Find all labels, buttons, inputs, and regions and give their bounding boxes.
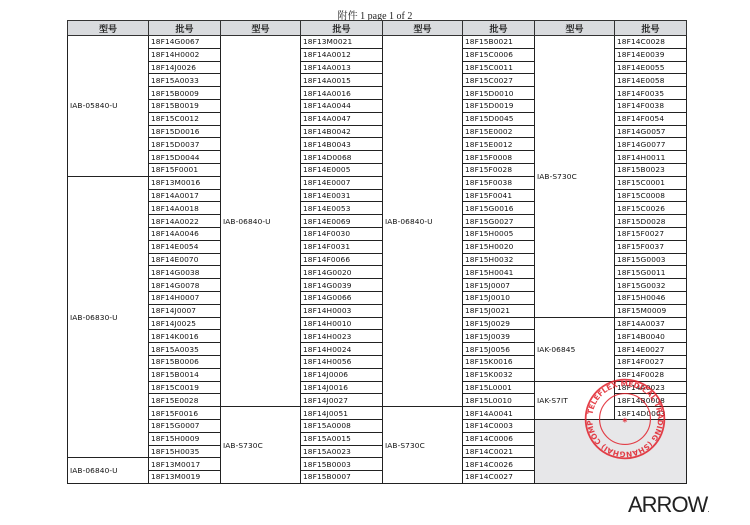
lot-cell: 18F14H0003 — [301, 304, 383, 317]
lot-cell: 18F15H0046 — [615, 291, 687, 304]
lot-cell: 18F14A0015 — [301, 74, 383, 87]
lot-cell: 18F14A0017 — [149, 189, 221, 202]
lot-cell: 18F14F0031 — [301, 240, 383, 253]
lot-cell: 18F14E0054 — [149, 240, 221, 253]
lot-cell: 18F15H0035 — [149, 445, 221, 458]
lot-cell: 18F15L0010 — [463, 394, 535, 407]
lot-cell: 18F15E0028 — [149, 394, 221, 407]
header-lot: 批号 — [615, 21, 687, 36]
lot-cell: 18F15J0007 — [463, 279, 535, 292]
table-body: IAB-05840-U18F14G0067IAB-06840-U18F13M00… — [68, 36, 687, 484]
lot-cell: 18F15M0009 — [615, 304, 687, 317]
lot-cell: 18F15D0044 — [149, 151, 221, 164]
lot-cell: 18F14G0078 — [149, 279, 221, 292]
lot-cell: 18F14J0006 — [301, 368, 383, 381]
lot-cell: 18F14E0069 — [301, 215, 383, 228]
lot-cell: 18F15B0019 — [149, 99, 221, 112]
lot-cell: 18F15G0003 — [615, 253, 687, 266]
lot-cell: 18F15C0027 — [463, 74, 535, 87]
blank-cell — [535, 419, 687, 483]
lot-cell: 18F14F0035 — [615, 87, 687, 100]
lot-cell: 18F15F0041 — [463, 189, 535, 202]
lot-cell: 18F14H0056 — [301, 355, 383, 368]
lot-cell: 18F15C0012 — [149, 112, 221, 125]
lot-cell: 18F15C0001 — [615, 176, 687, 189]
arrow-logo: ARROW. — [628, 492, 709, 518]
lot-cell: 18F14F0054 — [615, 112, 687, 125]
lot-cell: 18F13M0019 — [149, 471, 221, 484]
lot-cell: 18F15C0019 — [149, 381, 221, 394]
lot-cell: 18F14F0030 — [301, 227, 383, 240]
lot-cell: 18F13M0021 — [301, 36, 383, 49]
lot-cell: 18F15L0001 — [463, 381, 535, 394]
lot-cell: 18F15H0032 — [463, 253, 535, 266]
lot-cell: 18F15K0032 — [463, 368, 535, 381]
model-cell: IAB-06830-U — [68, 176, 149, 458]
lot-cell: 18F15D0010 — [463, 87, 535, 100]
lot-cell: 18F14E0055 — [615, 61, 687, 74]
lot-cell: 18F14A0044 — [301, 99, 383, 112]
model-cell: IAB-06840-U — [221, 36, 301, 407]
lot-cell: 18F15F0008 — [463, 151, 535, 164]
header-row: 型号 批号 型号 批号 型号 批号 型号 批号 — [68, 21, 687, 36]
lot-cell: 18F14A0047 — [301, 112, 383, 125]
lot-cell: 18F15D0045 — [463, 112, 535, 125]
lot-table: 型号 批号 型号 批号 型号 批号 型号 批号 IAB-05840-U18F14… — [67, 20, 687, 484]
lot-cell: 18F14E0058 — [615, 74, 687, 87]
lot-cell: 18F14H0010 — [301, 317, 383, 330]
header-model: 型号 — [221, 21, 301, 36]
header-model: 型号 — [383, 21, 463, 36]
lot-cell: 18F14K0016 — [149, 330, 221, 343]
lot-cell: 18F15H0009 — [149, 432, 221, 445]
lot-cell: 18F15J0021 — [463, 304, 535, 317]
lot-cell: 18F14H0007 — [149, 291, 221, 304]
lot-cell: 18F14G0039 — [301, 279, 383, 292]
table-row: 18F15G000718F15A000818F14C0003 — [68, 419, 687, 432]
lot-cell: 18F14A0012 — [301, 48, 383, 61]
lot-cell: 18F15F0001 — [149, 163, 221, 176]
header-model: 型号 — [68, 21, 149, 36]
lot-cell: 18F14G0067 — [149, 36, 221, 49]
lot-cell: 18F15C0008 — [615, 189, 687, 202]
lot-cell: 18F15G0011 — [615, 266, 687, 279]
lot-cell: 18F14G0020 — [301, 266, 383, 279]
lot-cell: 18F14A0018 — [149, 202, 221, 215]
lot-cell: 18F15G0007 — [149, 419, 221, 432]
lot-cell: 18F15F0028 — [463, 163, 535, 176]
header-lot: 批号 — [301, 21, 383, 36]
lot-cell: 18F15H0020 — [463, 240, 535, 253]
lot-cell: 18F14A0037 — [615, 317, 687, 330]
lot-cell: 18F15G0016 — [463, 202, 535, 215]
header-model: 型号 — [535, 21, 615, 36]
lot-cell: 18F15D0028 — [615, 215, 687, 228]
lot-cell: 18F14G0077 — [615, 138, 687, 151]
table-row: 18F15C001918F14J001618F15L0001IAK-S7IT18… — [68, 381, 687, 394]
model-cell: IAB-S730C — [535, 36, 615, 318]
lot-cell: 18F15E0012 — [463, 138, 535, 151]
lot-cell: 18F15G0027 — [463, 215, 535, 228]
header-lot: 批号 — [463, 21, 535, 36]
lot-cell: 18F15K0016 — [463, 355, 535, 368]
lot-cell: 18F13M0016 — [149, 176, 221, 189]
lot-cell: 18F15H0041 — [463, 266, 535, 279]
lot-cell: 18F15F0016 — [149, 407, 221, 420]
lot-cell: 18F15F0027 — [615, 227, 687, 240]
lot-cell: 18F14E0070 — [149, 253, 221, 266]
model-cell: IAB-S730C — [221, 407, 301, 484]
lot-cell: 18F15C0026 — [615, 202, 687, 215]
lot-cell: 18F15B0021 — [463, 36, 535, 49]
model-cell: IAB-06840-U — [383, 36, 463, 407]
lot-cell: 18F15A0023 — [301, 445, 383, 458]
lot-cell: 18F14B0008 — [615, 394, 687, 407]
lot-cell: 18F15F0038 — [463, 176, 535, 189]
lot-cell: 18F14H0024 — [301, 343, 383, 356]
lot-cell: 18F15D0019 — [463, 99, 535, 112]
lot-cell: 18F15J0039 — [463, 330, 535, 343]
lot-cell: 18F14C0003 — [463, 419, 535, 432]
lot-cell: 18F15G0032 — [615, 279, 687, 292]
lot-cell: 18F15J0010 — [463, 291, 535, 304]
lot-cell: 18F15A0008 — [301, 419, 383, 432]
lot-cell: 18F14F0038 — [615, 99, 687, 112]
lot-cell: 18F14E0039 — [615, 48, 687, 61]
lot-cell: 18F15J0056 — [463, 343, 535, 356]
lot-cell: 18F15D0037 — [149, 138, 221, 151]
lot-cell: 18F14J0007 — [149, 304, 221, 317]
lot-cell: 18F14J0051 — [301, 407, 383, 420]
lot-cell: 18F15J0029 — [463, 317, 535, 330]
logo-text: ARROW — [628, 492, 707, 517]
lot-cell: 18F14G0038 — [149, 266, 221, 279]
lot-cell: 18F15E0002 — [463, 125, 535, 138]
lot-cell: 18F14A0022 — [149, 215, 221, 228]
lot-cell: 18F15A0033 — [149, 74, 221, 87]
lot-cell: 18F14G0066 — [301, 291, 383, 304]
lot-cell: 18F15B0006 — [149, 355, 221, 368]
lot-cell: 18F14D0068 — [301, 151, 383, 164]
lot-cell: 18F14B0043 — [301, 138, 383, 151]
lot-cell: 18F14A0041 — [463, 407, 535, 420]
lot-cell: 18F14J0016 — [301, 381, 383, 394]
lot-cell: 18F14J0025 — [149, 317, 221, 330]
lot-cell: 18F14A0016 — [301, 87, 383, 100]
lot-cell: 18F14B0042 — [301, 125, 383, 138]
table-row: IAB-05840-U18F14G0067IAB-06840-U18F13M00… — [68, 36, 687, 49]
model-cell: IAB-06840-U — [68, 458, 149, 484]
model-cell: IAK-S7IT — [535, 381, 615, 419]
lot-cell: 18F14C0006 — [463, 432, 535, 445]
lot-cell: 18F14A0046 — [149, 227, 221, 240]
lot-cell: 18F14E0053 — [301, 202, 383, 215]
lot-cell: 18F15C0006 — [463, 48, 535, 61]
lot-cell: 18F14J0027 — [301, 394, 383, 407]
lot-cell: 18F14A0023 — [615, 381, 687, 394]
lot-cell: 18F14F0027 — [615, 355, 687, 368]
table-row: 18F14J002518F14H001018F15J0029IAK-068451… — [68, 317, 687, 330]
lot-cell: 18F14H0011 — [615, 151, 687, 164]
lot-cell: 18F14C0021 — [463, 445, 535, 458]
lot-cell: 18F14H0023 — [301, 330, 383, 343]
lot-cell: 18F14D0003 — [615, 407, 687, 420]
lot-cell: 18F14E0027 — [615, 343, 687, 356]
lot-cell: 18F14H0002 — [149, 48, 221, 61]
lot-cell: 18F14C0028 — [615, 36, 687, 49]
logo-mark: . — [707, 505, 708, 514]
lot-cell: 18F15A0015 — [301, 432, 383, 445]
lot-cell: 18F15C0011 — [463, 61, 535, 74]
model-cell: IAB-05840-U — [68, 36, 149, 177]
lot-cell: 18F14F0066 — [301, 253, 383, 266]
lot-cell: 18F14A0013 — [301, 61, 383, 74]
model-cell: IAB-S730C — [383, 407, 463, 484]
model-cell: IAK-06845 — [535, 317, 615, 381]
lot-cell: 18F14J0026 — [149, 61, 221, 74]
lot-cell: 18F14C0027 — [463, 471, 535, 484]
lot-cell: 18F15F0037 — [615, 240, 687, 253]
lot-cell: 18F15A0035 — [149, 343, 221, 356]
lot-cell: 18F15B0009 — [149, 87, 221, 100]
lot-cell: 18F14F0028 — [615, 368, 687, 381]
lot-cell: 18F14E0005 — [301, 163, 383, 176]
lot-cell: 18F14G0057 — [615, 125, 687, 138]
lot-cell: 18F15B0023 — [615, 163, 687, 176]
lot-cell: 18F15B0007 — [301, 471, 383, 484]
lot-cell: 18F15B0014 — [149, 368, 221, 381]
lot-cell: 18F13M0017 — [149, 458, 221, 471]
lot-cell: 18F15D0016 — [149, 125, 221, 138]
lot-cell: 18F15B0003 — [301, 458, 383, 471]
header-lot: 批号 — [149, 21, 221, 36]
lot-cell: 18F14C0026 — [463, 458, 535, 471]
lot-cell: 18F14B0040 — [615, 330, 687, 343]
lot-cell: 18F14E0007 — [301, 176, 383, 189]
lot-cell: 18F14E0031 — [301, 189, 383, 202]
lot-cell: 18F15H0005 — [463, 227, 535, 240]
